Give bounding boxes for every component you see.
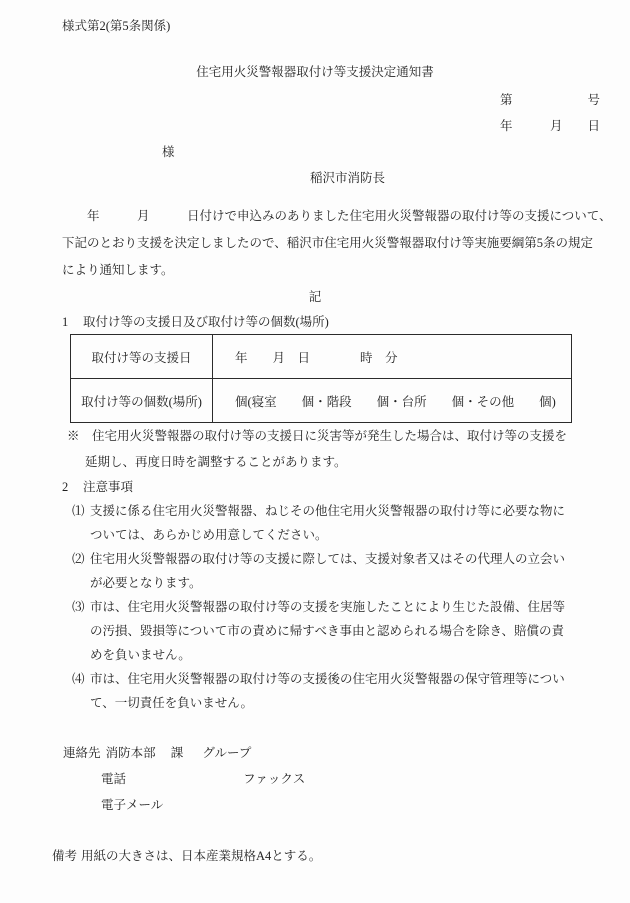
contact-group: グループ — [202, 746, 251, 760]
addressee-line: 様 — [162, 139, 630, 165]
notice-item-1: ⑴支援に係る住宅用火災警報器、ねじその他住宅用火災警報器の取付け等に必要な物につ… — [72, 499, 568, 547]
notice-list: ⑴支援に係る住宅用火災警報器、ねじその他住宅用火災警報器の取付け等に必要な物につ… — [72, 499, 568, 715]
notice-item-4-marker: ⑷ — [72, 667, 90, 691]
contact-phone-label: 電話 — [101, 772, 126, 786]
notice-item-2-marker: ⑵ — [72, 547, 90, 571]
section2-title: 注意事項 — [83, 480, 133, 494]
contact-headquarters: 消防本部 — [106, 746, 156, 760]
quantity-row: 取付け等の個数(場所) 個(寝室 個・階段 個・台所 個・その他 個) — [71, 379, 572, 423]
section1-number: 1 — [62, 310, 73, 334]
quantity-label: 取付け等の個数(場所) — [71, 379, 213, 423]
notice-item-3-text: 市は、住宅用火災警報器の取付け等の支援を実施したことにより生じた設備、住居等の汚… — [90, 600, 565, 662]
document-title: 住宅用火災警報器取付け等支援決定通知書 — [62, 59, 568, 85]
quantity-value: 個(寝室 個・階段 個・台所 個・その他 個) — [213, 379, 572, 423]
notice-item-1-marker: ⑴ — [72, 499, 90, 523]
contact-row-2: 電話 ファックス — [101, 766, 630, 792]
remark-line: 備考用紙の大きさは、日本産業規格A4とする。 — [52, 843, 630, 869]
body-line-1: 年 月 日付けで申込みのありました住宅用火災警報器の取付け等の支援について、 — [62, 203, 630, 230]
notice-item-2-text: 住宅用火災警報器の取付け等の支援に際しては、支援対象者又はその代理人の立会いが必… — [90, 552, 565, 590]
support-date-label: 取付け等の支援日 — [71, 335, 213, 379]
contact-block: 連絡先 消防本部 課 グループ 電話 ファックス 電子メール — [62, 740, 630, 818]
contact-row-3: 電子メール — [101, 792, 630, 818]
contact-fax-label: ファックス — [243, 772, 305, 786]
postponement-note: ※ 住宅用火災警報器の取付け等の支援日に災害等が発生した場合は、取付け等の支援を… — [67, 423, 568, 475]
form-style-label: 様式第2(第5条関係) — [62, 13, 630, 39]
remark-text: 用紙の大きさは、日本産業規格A4とする。 — [81, 849, 321, 863]
notice-item-3-marker: ⑶ — [72, 595, 90, 619]
remark-label: 備考 — [52, 849, 77, 863]
notice-item-3: ⑶市は、住宅用火災警報器の取付け等の支援を実施したことにより生じた設備、住居等の… — [72, 595, 568, 667]
contact-row-1: 連絡先 消防本部 課 グループ — [62, 740, 630, 766]
support-details-table: 取付け等の支援日 年 月 日 時 分 取付け等の個数(場所) 個(寝室 個・階段… — [70, 334, 572, 423]
section1-title: 取付け等の支援日及び取付け等の個数(場所) — [83, 315, 329, 329]
body-line-2: 下記のとおり支援を決定しましたので、稲沢市住宅用火災警報器取付け等実施要綱第5条… — [62, 230, 630, 257]
number-date-block: 第 号 年 月 日 — [62, 87, 630, 139]
doc-number-line: 第 号 — [62, 87, 600, 113]
body-paragraph: 年 月 日付けで申込みのありました住宅用火災警報器の取付け等の支援について、 下… — [62, 203, 630, 284]
date-line: 年 月 日 — [62, 113, 600, 139]
notification-document-page: 様式第2(第5条関係) 住宅用火災警報器取付け等支援決定通知書 第 号 年 月 … — [0, 0, 630, 903]
contact-email-label: 電子メール — [101, 798, 163, 812]
support-date-value: 年 月 日 時 分 — [213, 335, 572, 379]
notice-item-4-text: 市は、住宅用火災警報器の取付け等の支援後の住宅用火災警報器の保守管理等について、… — [90, 672, 565, 710]
section2-number: 2 — [62, 475, 73, 499]
contact-section: 課 — [171, 746, 184, 760]
sender-line: 稲沢市消防長 — [310, 165, 630, 191]
notice-item-4: ⑷市は、住宅用火災警報器の取付け等の支援後の住宅用火災警報器の保守管理等について… — [72, 667, 568, 715]
notice-item-2: ⑵住宅用火災警報器の取付け等の支援に際しては、支援対象者又はその代理人の立会いが… — [72, 547, 568, 595]
record-marker: 記 — [62, 284, 568, 310]
section2-heading: 2注意事項 — [62, 475, 630, 499]
support-date-row: 取付け等の支援日 年 月 日 時 分 — [71, 335, 572, 379]
contact-label: 連絡先 — [63, 746, 101, 760]
section1-heading: 1取付け等の支援日及び取付け等の個数(場所) — [62, 310, 630, 334]
body-line-3: により通知します。 — [62, 257, 630, 284]
notice-item-1-text: 支援に係る住宅用火災警報器、ねじその他住宅用火災警報器の取付け等に必要な物につい… — [90, 504, 565, 542]
